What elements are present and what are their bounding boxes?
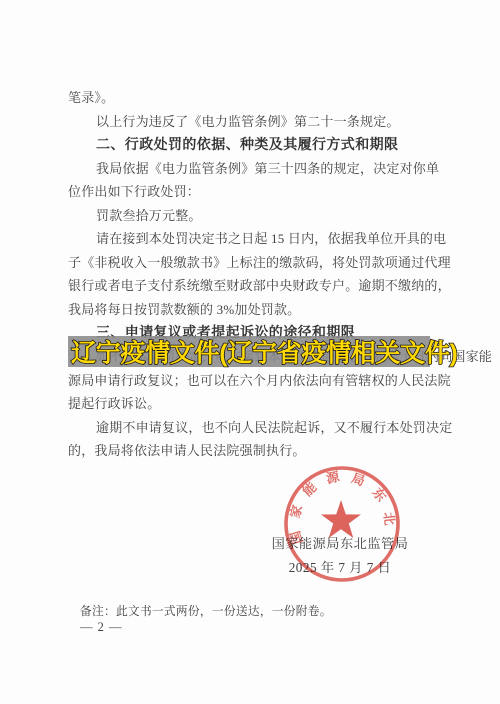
overlay-banner: 辽宁疫情文件(辽宁省疫情相关文件) xyxy=(68,336,430,367)
document-line: 子《非税收入一般缴款书》上标注的缴款码，将处罚款项通过代理 xyxy=(68,251,488,275)
document-line: 请在接到本处罚决定书之日起 15 日内，依据我单位开具的电 xyxy=(68,227,488,251)
document-line: 银行或者电子支付系统缴至财政部中央财政专户。逾期不缴纳的， xyxy=(68,274,488,298)
footer-page-number: — 2 — xyxy=(80,620,123,635)
document-line: 罚款叁拾万元整。 xyxy=(68,204,488,228)
document-line: 源局申请行政复议；也可以在六个月内依法向有管辖权的人民法院 xyxy=(68,369,488,393)
section-heading-2: 二、行政处罚的依据、种类及其履行方式和期限 xyxy=(68,133,488,157)
signature-block: 国家能源局东北监管局 2025 年 7 月 7 日 xyxy=(256,532,424,579)
document-line: 提起行政诉讼。 xyxy=(68,392,488,416)
document-line: 逾期不申请复议，也不向人民法院起诉，又不履行本处罚决定 xyxy=(68,416,488,440)
signature-date: 2025 年 7 月 7 日 xyxy=(256,556,424,580)
signature-agency: 国家能源局东北监管局 xyxy=(256,532,424,556)
document-body: 笔录》。 以上行为违反了《电力监管条例》第二十一条规定。 二、行政处罚的依据、种… xyxy=(68,86,488,463)
document-line: 的，我局将依法申请人民法院强制执行。 xyxy=(68,439,488,463)
overlay-banner-title: 辽宁疫情文件(辽宁省疫情相关文件) xyxy=(71,333,458,369)
footer-note: 备注：此文书一式两份，一份送达，一份附卷。 xyxy=(80,603,332,619)
document-line: 我局依据《电力监管条例》第三十四条的规定，决定对你单 xyxy=(68,157,488,181)
document-line: 位作出如下行政处罚： xyxy=(68,180,488,204)
document-page: 笔录》。 以上行为违反了《电力监管条例》第二十一条规定。 二、行政处罚的依据、种… xyxy=(0,0,500,704)
document-line: 以上行为违反了《电力监管条例》第二十一条规定。 xyxy=(68,110,488,134)
document-line: 我局将每日按罚款数额的 3%加处罚款。 xyxy=(68,298,488,322)
document-line: 笔录》。 xyxy=(68,86,488,110)
